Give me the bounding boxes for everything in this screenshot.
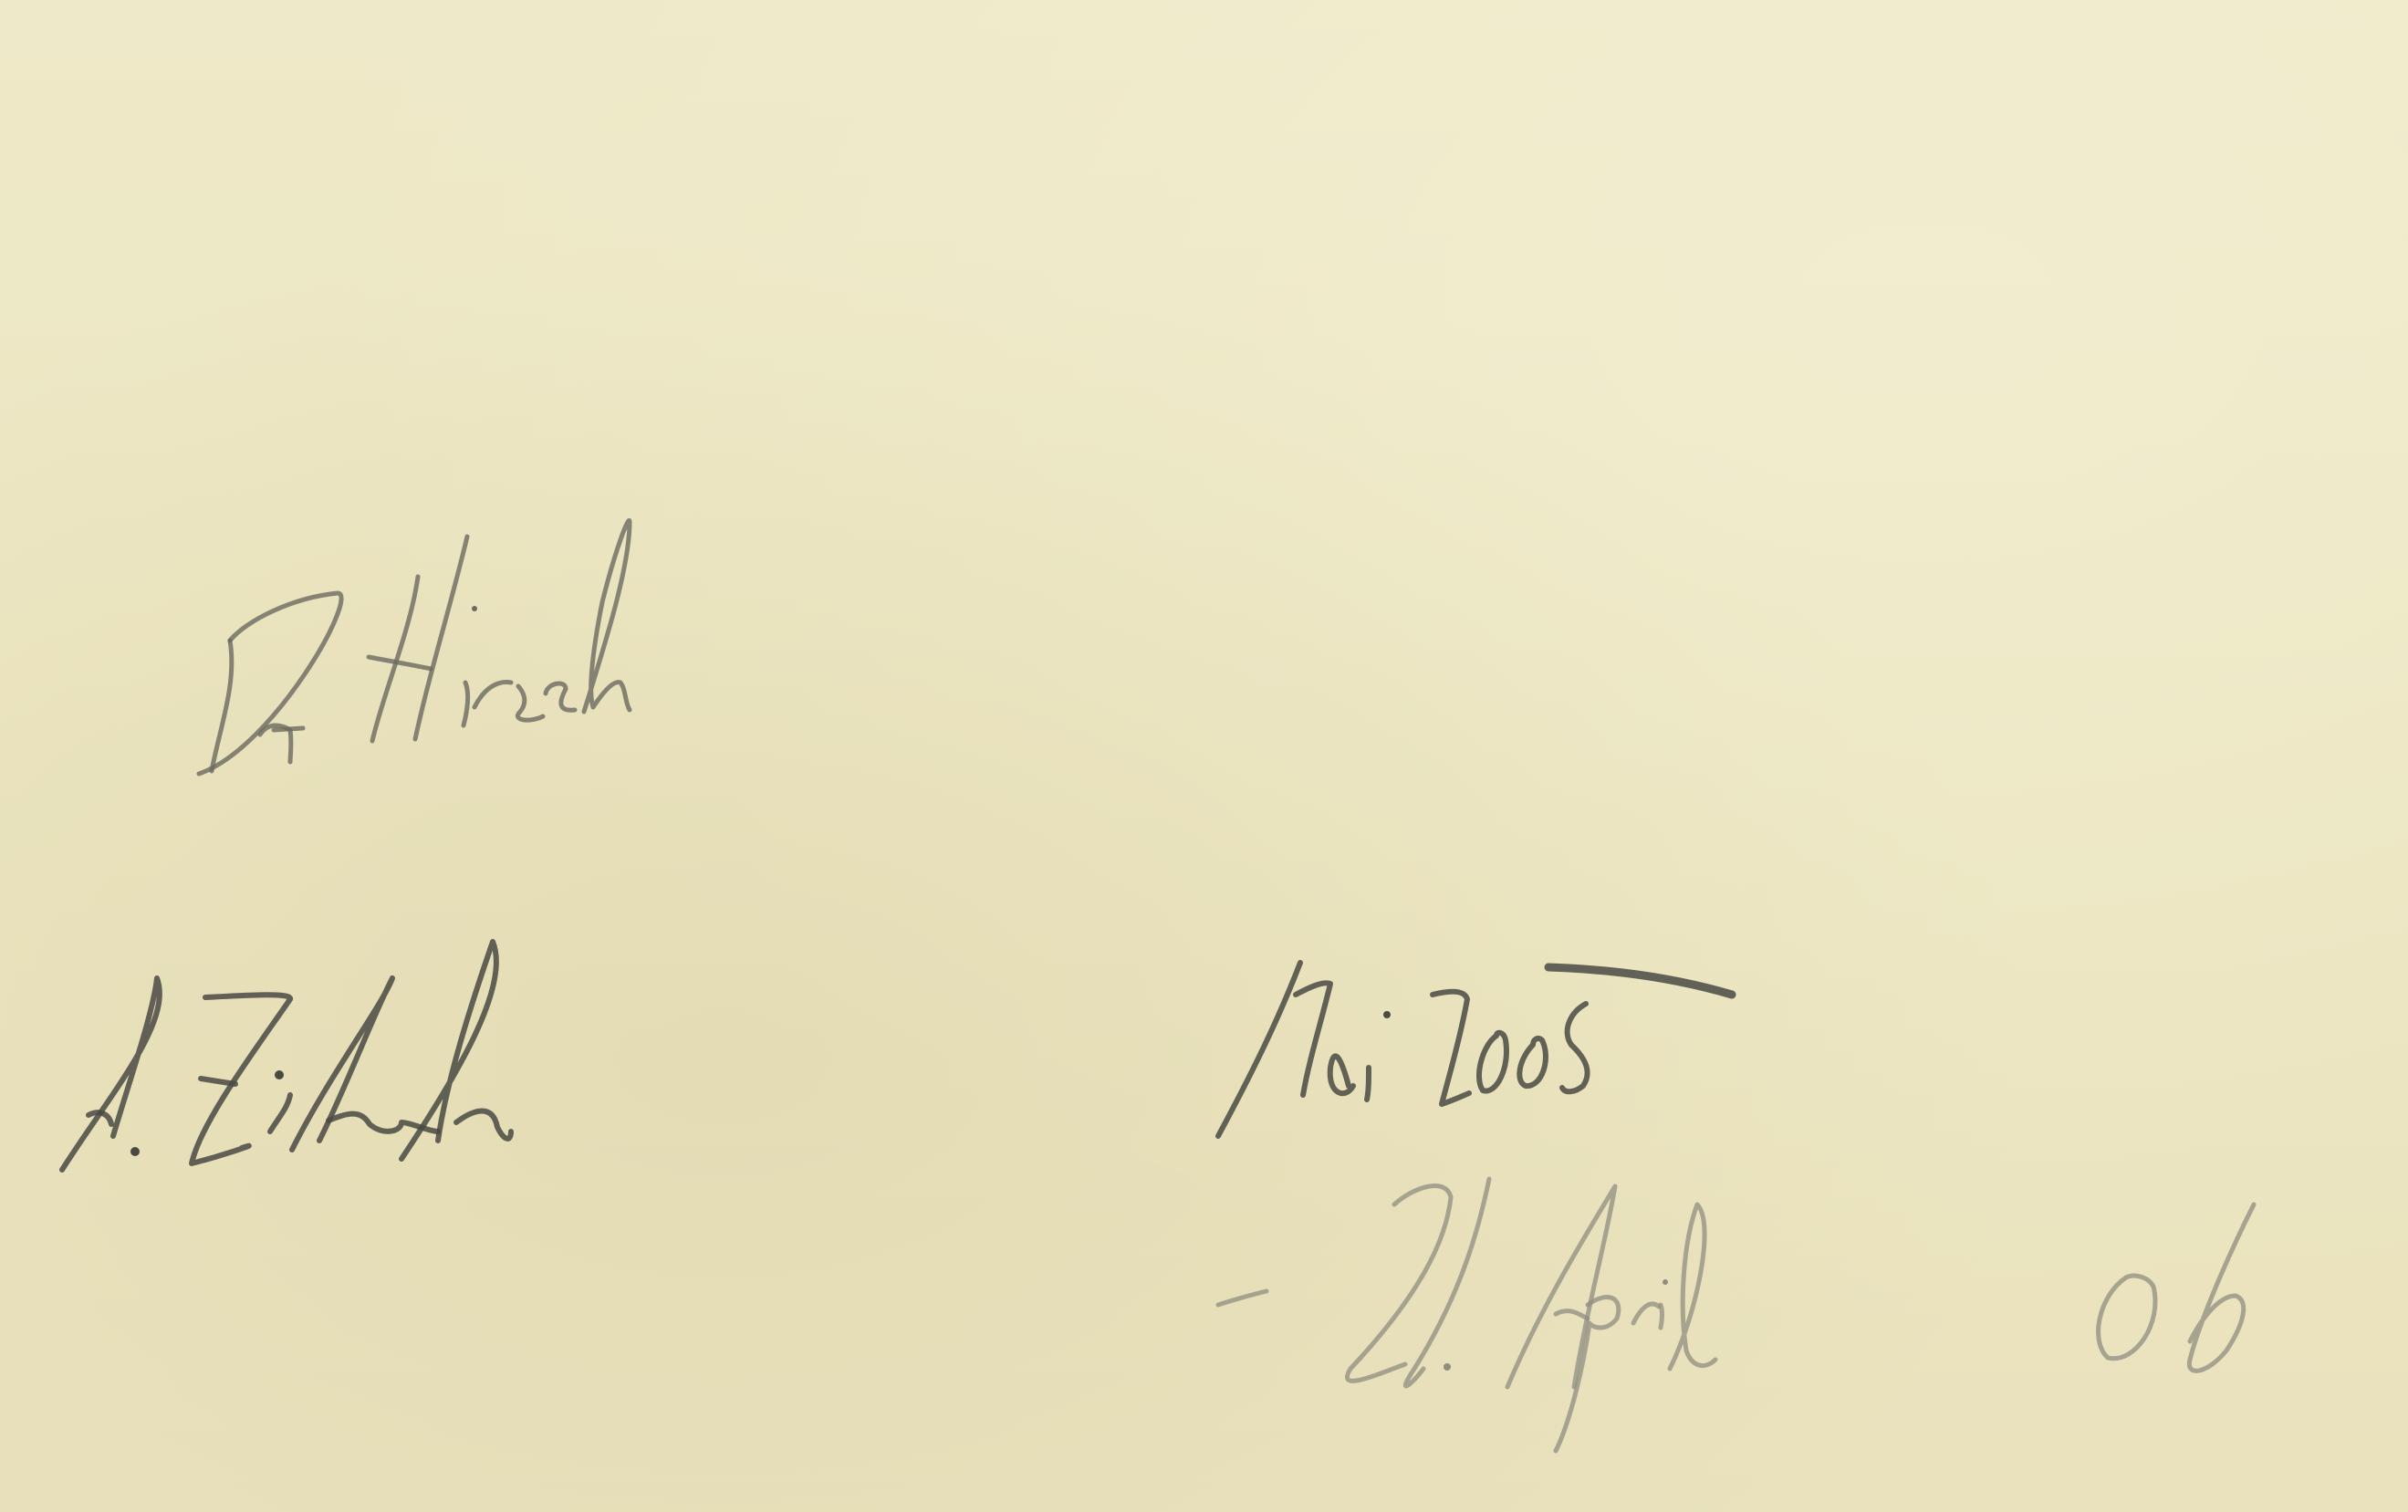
inscription-title: Der Hirsch xyxy=(210,547,974,706)
inscription-date-primary: Mai 2005 xyxy=(1223,958,1880,1117)
inscription-date-secondary: - 21. April 06 xyxy=(1214,1186,2243,1367)
inscription-signature: A. Zielonka xyxy=(64,949,849,1108)
